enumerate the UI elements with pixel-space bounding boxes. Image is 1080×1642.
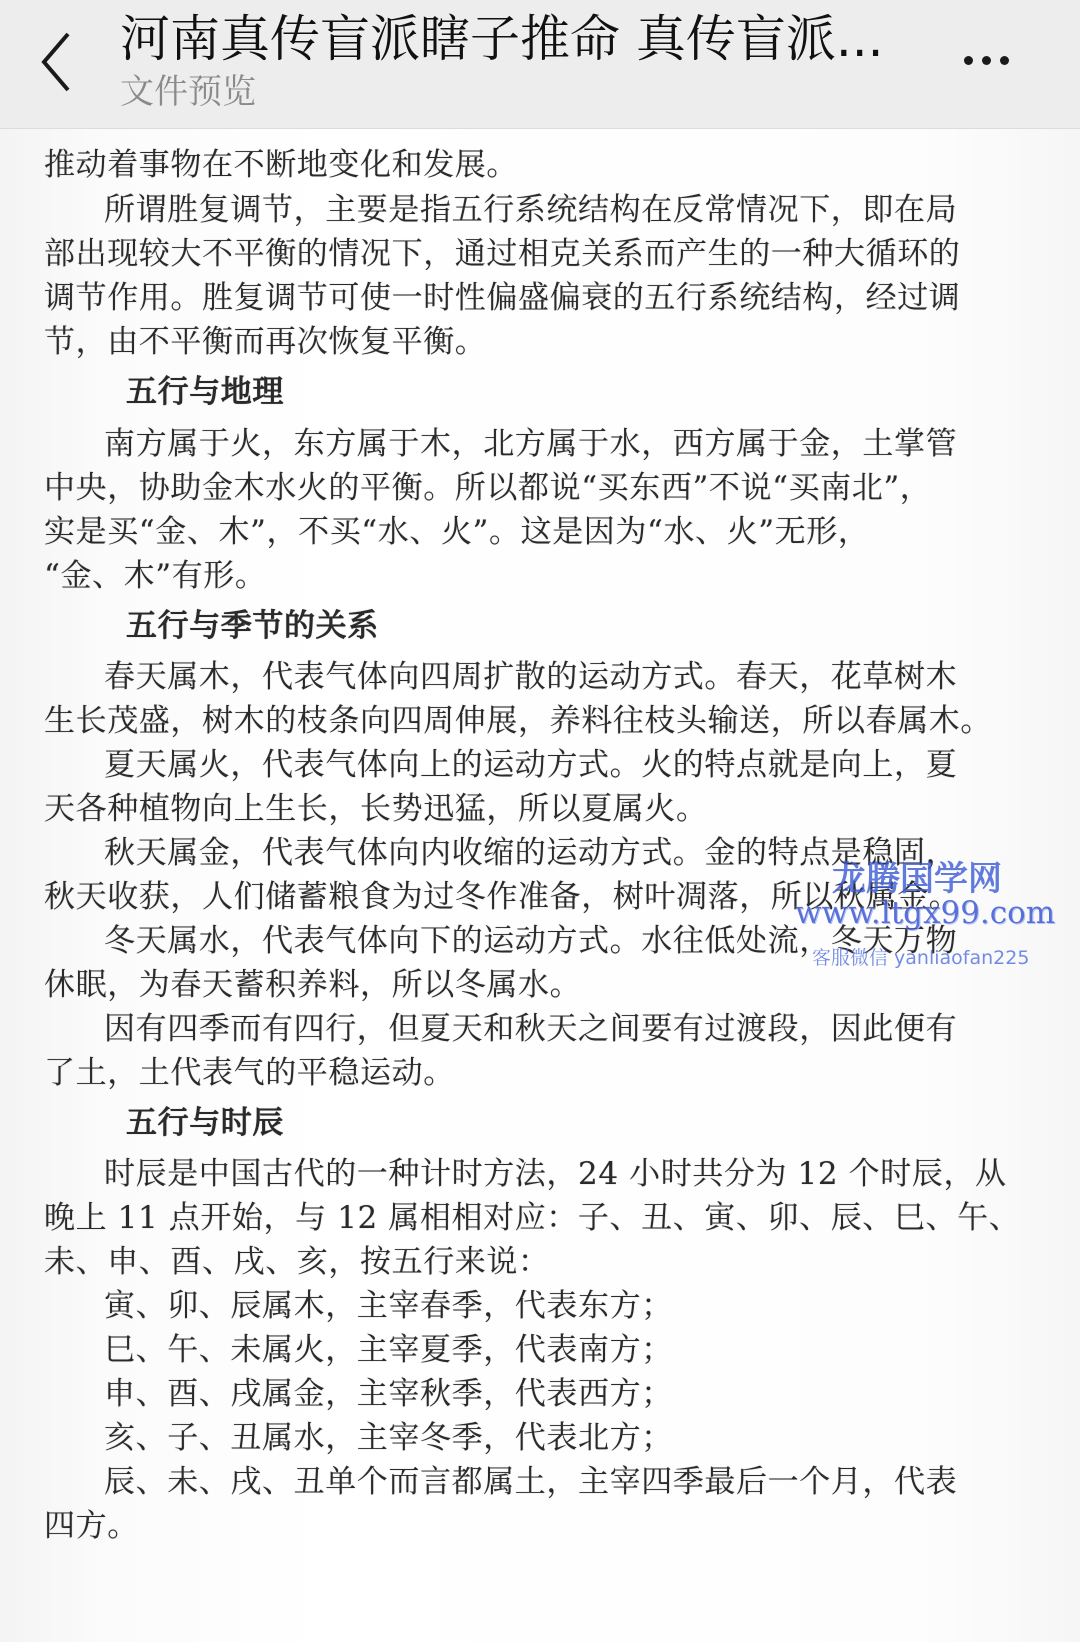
text-line: 春天属木，代表气体向四周扩散的运动方式。春天，花草树木 [104, 651, 957, 696]
section-heading: 五行与时辰 [126, 1097, 284, 1142]
text-line: 辰、未、戌、丑单个而言都属土，主宰四季最后一个月，代表 [104, 1456, 957, 1501]
page-title: 河南真传盲派瞎子推命 真传盲派... [120, 6, 890, 72]
back-button[interactable] [30, 22, 90, 102]
chevron-left-icon [30, 22, 90, 102]
text-line: 巳、午、未属火，主宰夏季，代表南方； [104, 1324, 673, 1369]
section-heading: 五行与地理 [126, 366, 284, 411]
more-dots-icon [964, 56, 973, 65]
text-line: 四方。 [44, 1500, 139, 1545]
text-line: 调节作用。胜复调节可使一时性偏盛偏衰的五行系统结构，经过调 [44, 272, 960, 317]
section-heading: 五行与季节的关系 [126, 600, 379, 645]
text-line: 未、申、酉、戌、亥，按五行来说： [44, 1236, 550, 1281]
text-line: 生长茂盛，树木的枝条向四周伸展，养料往枝头输送，所以春属木。 [44, 695, 992, 740]
text-line: 南方属于火，东方属于木，北方属于水，西方属于金，土掌管 [104, 418, 957, 463]
text-line: 亥、子、丑属水，主宰冬季，代表北方； [104, 1412, 673, 1457]
page-subtitle: 文件预览 [120, 68, 256, 116]
text-line: 因有四季而有四行，但夏天和秋天之间要有过渡段，因此便有 [104, 1003, 957, 1048]
watermark-url: www.ltgx99.com [795, 895, 1055, 931]
text-line: 推动着事物在不断地变化和发展。 [44, 139, 518, 184]
text-line: 所谓胜复调节，主要是指五行系统结构在反常情况下，即在局 [104, 184, 957, 229]
text-line: 节，由不平衡而再次恢复平衡。 [44, 316, 486, 361]
text-line: 中央，协助金木水火的平衡。所以都说“买东西”不说“买南北”， [44, 462, 931, 507]
text-line: 部出现较大不平衡的情况下，通过相克关系而产生的一种大循环的 [44, 228, 960, 273]
text-line: 寅、卯、辰属木，主宰春季，代表东方； [104, 1280, 673, 1325]
text-line: “金、木”有形。 [44, 550, 267, 595]
text-line: 时辰是中国古代的一种计时方法，24 小时共分为 12 个时辰，从 [104, 1148, 1007, 1193]
more-options-button[interactable] [960, 40, 1040, 80]
text-line: 实是买“金、木”，不买“水、火”。这是因为“水、火”无形， [44, 506, 870, 551]
more-dots-icon [982, 56, 991, 65]
text-line: 天各种植物向上生长，长势迅猛，所以夏属火。 [44, 783, 708, 828]
text-line: 夏天属火，代表气体向上的运动方式。火的特点就是向上，夏 [104, 739, 957, 784]
watermark-contact: 客服微信 yanliaofan225 [812, 943, 1029, 970]
text-line: 申、酉、戌属金，主宰秋季，代表西方； [104, 1368, 673, 1413]
more-dots-icon [1000, 56, 1009, 65]
text-line: 秋天属金，代表气体向内收缩的运动方式。金的特点是稳固， [104, 827, 957, 872]
text-line: 了土，土代表气的平稳运动。 [44, 1047, 455, 1092]
document-preview[interactable]: 推动着事物在不断地变化和发展。所谓胜复调节，主要是指五行系统结构在反常情况下，即… [0, 129, 1080, 1642]
text-line: 晚上 11 点开始，与 12 属相相对应：子、丑、寅、卯、辰、巳、午、 [44, 1192, 1020, 1237]
watermark-site-name: 龙腾国学网 [832, 851, 1002, 900]
navigation-bar: 河南真传盲派瞎子推命 真传盲派... 文件预览 [0, 0, 1080, 129]
text-line: 休眠，为春天蓄积养料，所以冬属水。 [44, 959, 581, 1004]
